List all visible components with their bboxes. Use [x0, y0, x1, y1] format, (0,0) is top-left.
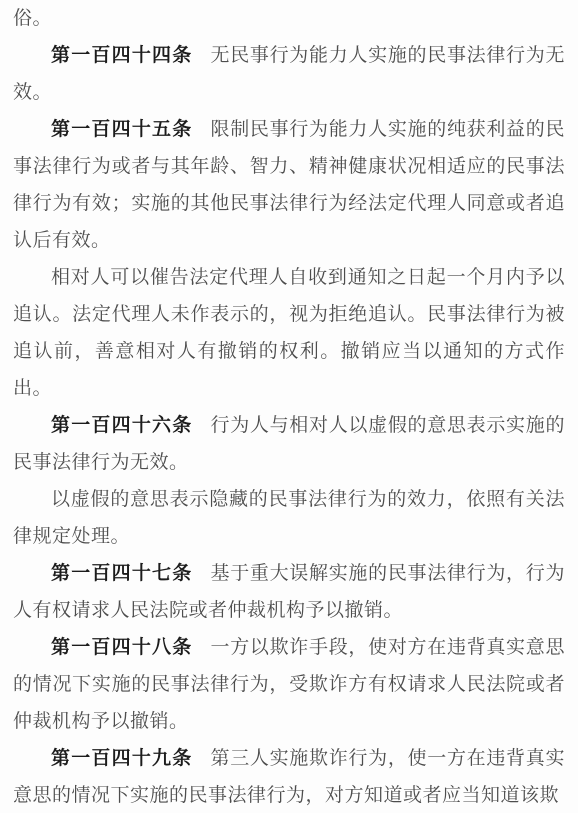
paragraph-text: 以虚假的意思表示隐藏的民事法律行为的效力，依照有关法律规定处理。: [13, 489, 565, 547]
article-paragraph: 第一百四十七条基于重大误解实施的民事法律行为，行为人有权请求人民法院或者仲裁机构…: [13, 555, 565, 629]
paragraph-text: 相对人可以催告法定代理人自收到通知之日起一个月内予以追认。法定代理人未作表示的，…: [13, 267, 565, 399]
body-paragraph: 俗。: [13, 0, 565, 37]
document-page: 俗。第一百四十四条无民事行为能力人实施的民事法律行为无效。第一百四十五条限制民事…: [0, 0, 578, 813]
article-paragraph: 第一百四十六条行为人与相对人以虚假的意思表示实施的民事法律行为无效。: [13, 407, 565, 481]
article-paragraph: 第一百四十五条限制民事行为能力人实施的纯获利益的民事法律行为或者与其年龄、智力、…: [13, 111, 565, 259]
article-number: 第一百四十五条: [51, 119, 192, 140]
article-paragraph: 第一百四十四条无民事行为能力人实施的民事法律行为无效。: [13, 37, 565, 111]
article-number: 第一百四十八条: [51, 637, 192, 658]
body-paragraph: 相对人可以催告法定代理人自收到通知之日起一个月内予以追认。法定代理人未作表示的，…: [13, 259, 565, 407]
article-number: 第一百四十九条: [51, 748, 192, 769]
article-paragraph: 第一百四十八条一方以欺诈手段，使对方在违背真实意思的情况下实施的民事法律行为，受…: [13, 629, 565, 740]
article-paragraph: 第一百四十九条第三人实施欺诈行为，使一方在违背真实意思的情况下实施的民事法律行为…: [13, 740, 565, 813]
paragraph-list: 俗。第一百四十四条无民事行为能力人实施的民事法律行为无效。第一百四十五条限制民事…: [13, 0, 565, 813]
article-number: 第一百四十六条: [51, 415, 192, 436]
article-number: 第一百四十七条: [51, 563, 192, 584]
paragraph-text: 俗。: [13, 8, 52, 29]
body-paragraph: 以虚假的意思表示隐藏的民事法律行为的效力，依照有关法律规定处理。: [13, 481, 565, 555]
article-number: 第一百四十四条: [51, 45, 192, 66]
